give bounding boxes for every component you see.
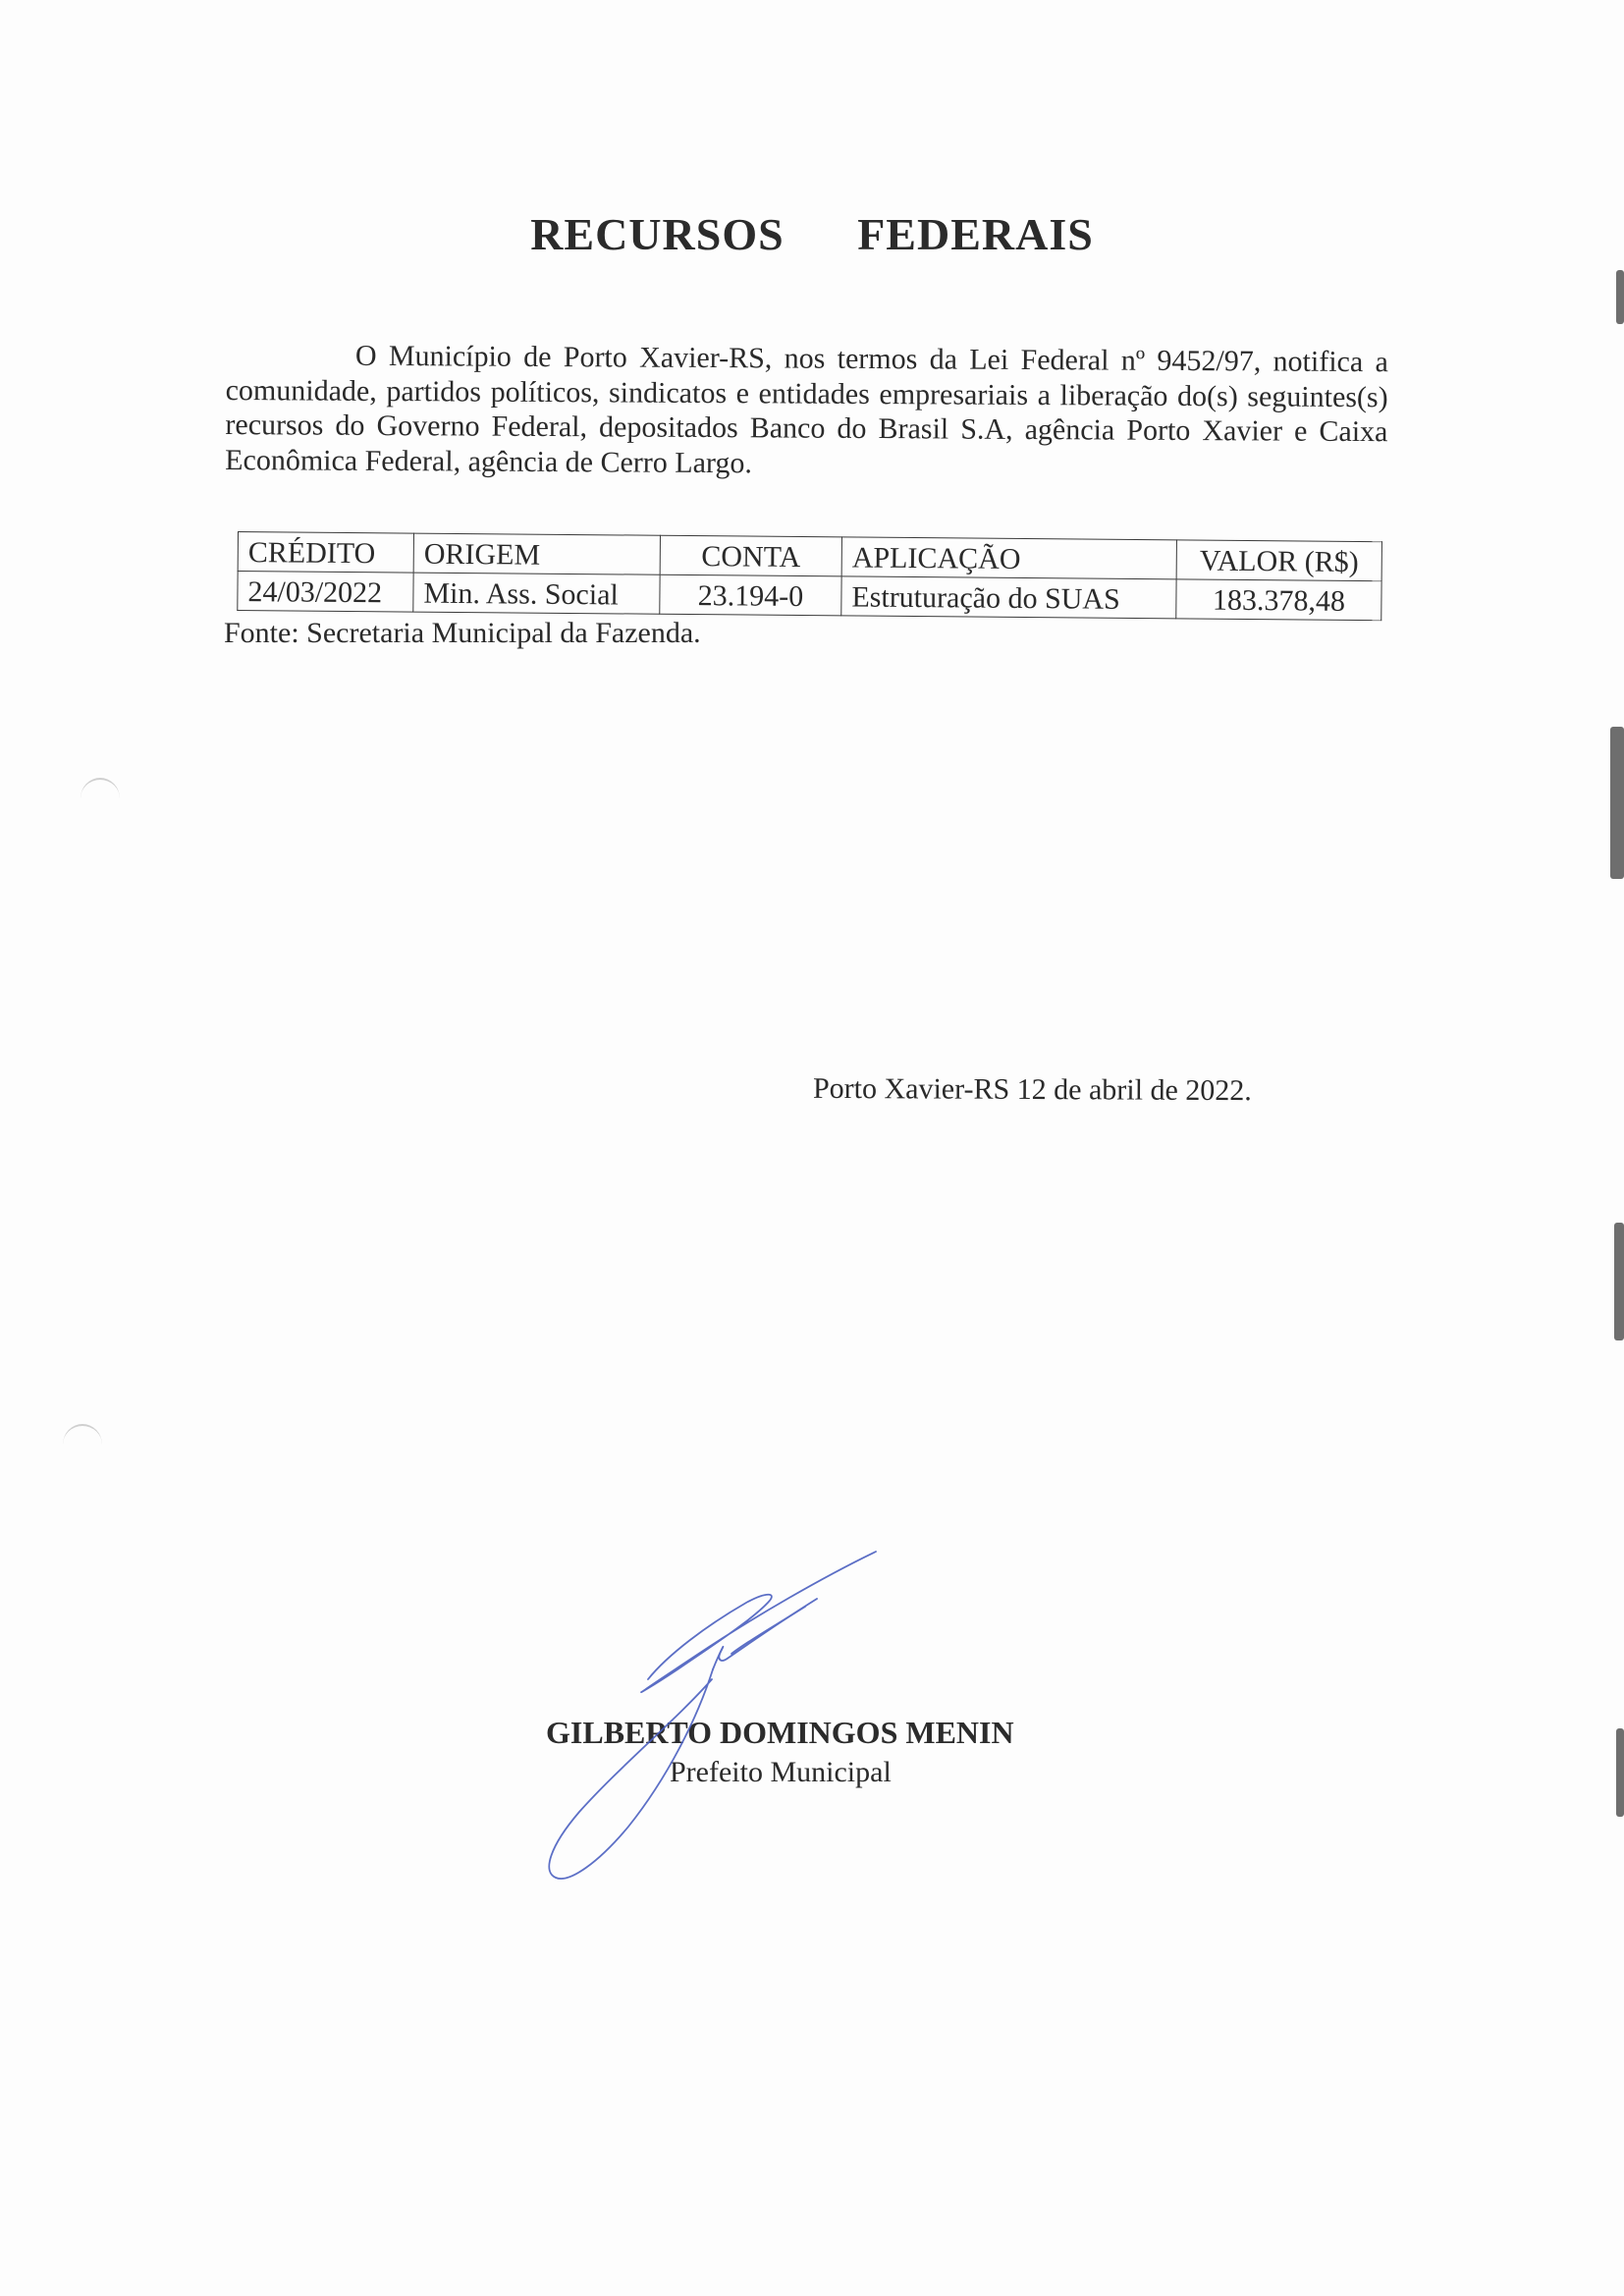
- place-date-line: Porto Xavier-RS 12 de abril de 2022.: [813, 1072, 1252, 1108]
- scan-edge-mark: [1616, 270, 1624, 324]
- cell-valor: 183.378,48: [1176, 579, 1381, 621]
- page-title: RECURSOS FEDERAIS: [0, 208, 1624, 260]
- signer-role: Prefeito Municipal: [670, 1756, 892, 1789]
- header-origem: ORIGEM: [413, 533, 660, 574]
- cell-credito: 24/03/2022: [238, 572, 413, 613]
- title-part-recursos: RECURSOS: [530, 208, 785, 260]
- header-aplicacao: APLICAÇÃO: [841, 537, 1176, 579]
- resources-table: CRÉDITO ORIGEM CONTA APLICAÇÃO VALOR (R$…: [237, 531, 1382, 621]
- scan-edge-mark: [1610, 727, 1624, 879]
- notice-paragraph: O Município de Porto Xavier-RS, nos term…: [225, 338, 1388, 484]
- source-note: Fonte: Secretaria Municipal da Fazenda.: [224, 617, 701, 650]
- scan-edge-mark: [1614, 1223, 1624, 1340]
- cell-conta: 23.194-0: [660, 574, 841, 616]
- signer-name: GILBERTO DOMINGOS MENIN: [546, 1715, 1014, 1751]
- header-valor: VALOR (R$): [1176, 540, 1381, 581]
- scan-edge-mark: [1616, 1728, 1624, 1817]
- punch-hole-mark: [63, 1424, 102, 1465]
- cell-origem: Min. Ass. Social: [413, 573, 660, 614]
- header-credito: CRÉDITO: [238, 532, 413, 574]
- resources-table-container: CRÉDITO ORIGEM CONTA APLICAÇÃO VALOR (R$…: [237, 531, 1382, 621]
- punch-hole-mark: [81, 778, 120, 819]
- header-conta: CONTA: [660, 535, 841, 576]
- title-part-federais: FEDERAIS: [857, 208, 1094, 260]
- cell-aplicacao: Estruturação do SUAS: [841, 576, 1176, 619]
